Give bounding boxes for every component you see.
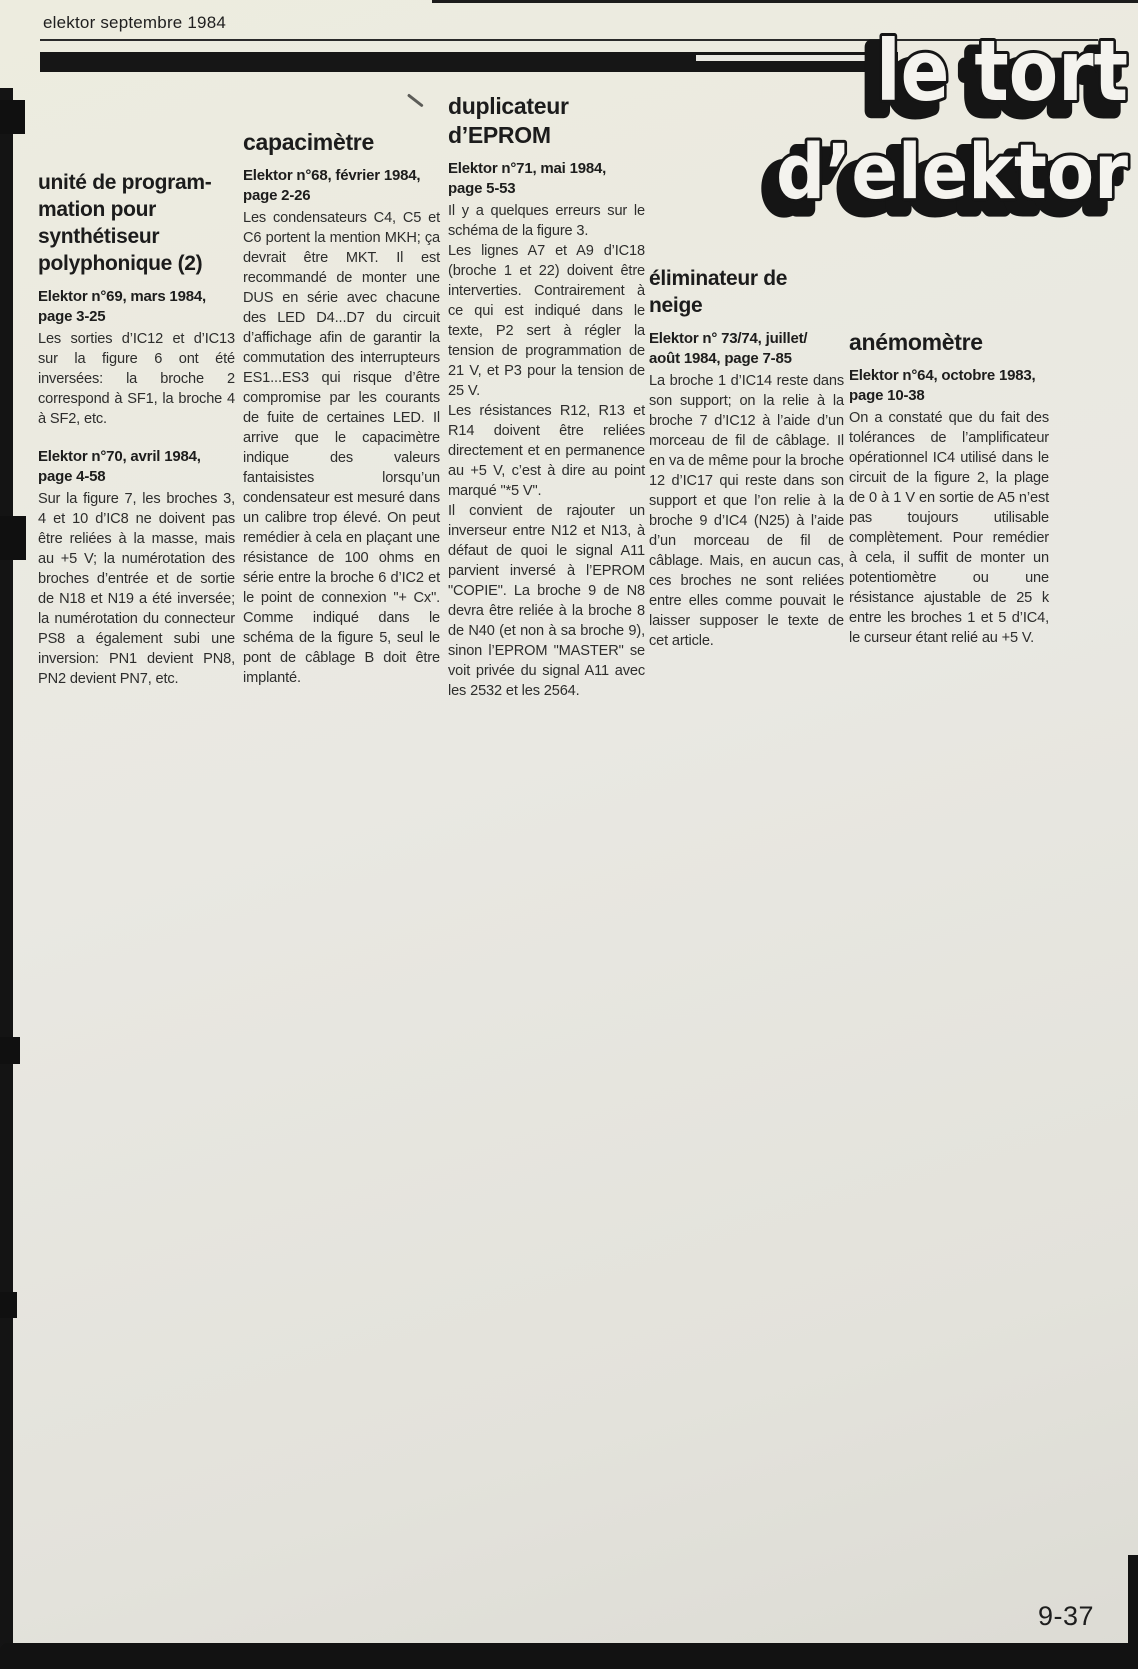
erratum-entry: Elektor n° 73/74, juillet/ août 1984, pa… [649, 329, 844, 651]
scan-edge-bottom [0, 1643, 1138, 1669]
article-body: Les sorties d’IC12 et d’IC13 sur la figu… [38, 329, 235, 429]
article-ref: Elektor n°68, février 1984, page 2-26 [243, 166, 440, 206]
article-column-capacimetre: capacimètre Elektor n°68, février 1984, … [243, 128, 440, 688]
erratum-entry: Elektor n°70, avril 1984, page 4-58 Sur … [38, 447, 235, 689]
article-column-eliminateur-neige: éliminateur de neige Elektor n° 73/74, j… [649, 266, 844, 651]
article-column-synthetiseur: unité de program- mation pour synthétise… [38, 170, 235, 689]
magazine-page: elektor septembre 1984 le tort le tort d… [0, 0, 1138, 1669]
article-ref: Elektor n°64, octobre 1983, page 10-38 [849, 366, 1049, 406]
logo-line2: d’elektor [776, 127, 1128, 216]
erratum-entry: Elektor n°64, octobre 1983, page 10-38 O… [849, 366, 1049, 648]
article-title: duplicateur d’EPROM [448, 92, 645, 150]
scan-tab [0, 1292, 17, 1318]
article-column-duplicateur-eprom: duplicateur d’EPROM Elektor n°71, mai 19… [448, 92, 645, 701]
erratum-entry: Elektor n°69, mars 1984, page 3-25 Les s… [38, 287, 235, 429]
article-title: anémomètre [849, 328, 1049, 357]
article-ref: Elektor n° 73/74, juillet/ août 1984, pa… [649, 329, 844, 369]
scan-edge-top [432, 0, 1138, 3]
pen-mark [407, 93, 424, 107]
issue-header: elektor septembre 1984 [43, 13, 226, 33]
article-body: Sur la figure 7, les broches 3, 4 et 10 … [38, 489, 235, 689]
erratum-entry: Elektor n°68, février 1984, page 2-26 Le… [243, 166, 440, 688]
article-body: Il y a quelques erreurs sur le schéma de… [448, 201, 645, 701]
article-ref: Elektor n°70, avril 1984, page 4-58 [38, 447, 235, 487]
article-ref: Elektor n°71, mai 1984, page 5-53 [448, 159, 645, 199]
le-tort-delektor-logo: le tort le tort d’elektor d’elektor [750, 12, 1136, 222]
scan-tab [0, 516, 26, 560]
scan-tab [0, 100, 25, 134]
article-ref: Elektor n°69, mars 1984, page 3-25 [38, 287, 235, 327]
scan-edge-left [0, 88, 13, 1669]
article-body: La broche 1 d’IC14 reste dans son suppor… [649, 371, 844, 651]
article-column-anemometre: anémomètre Elektor n°64, octobre 1983, p… [849, 328, 1049, 648]
article-title: unité de program- mation pour synthétise… [38, 170, 235, 278]
scan-edge-right [1128, 1555, 1138, 1669]
logo-line1: le tort [876, 22, 1128, 120]
article-body: On a constaté que du fait des tolérances… [849, 408, 1049, 648]
article-title: capacimètre [243, 128, 440, 157]
page-number: 9-37 [1038, 1601, 1094, 1632]
article-title: éliminateur de neige [649, 266, 844, 320]
erratum-entry: Elektor n°71, mai 1984, page 5-53 Il y a… [448, 159, 645, 701]
scan-tab [0, 1037, 20, 1064]
article-body: Les condensateurs C4, C5 et C6 portent l… [243, 208, 440, 688]
